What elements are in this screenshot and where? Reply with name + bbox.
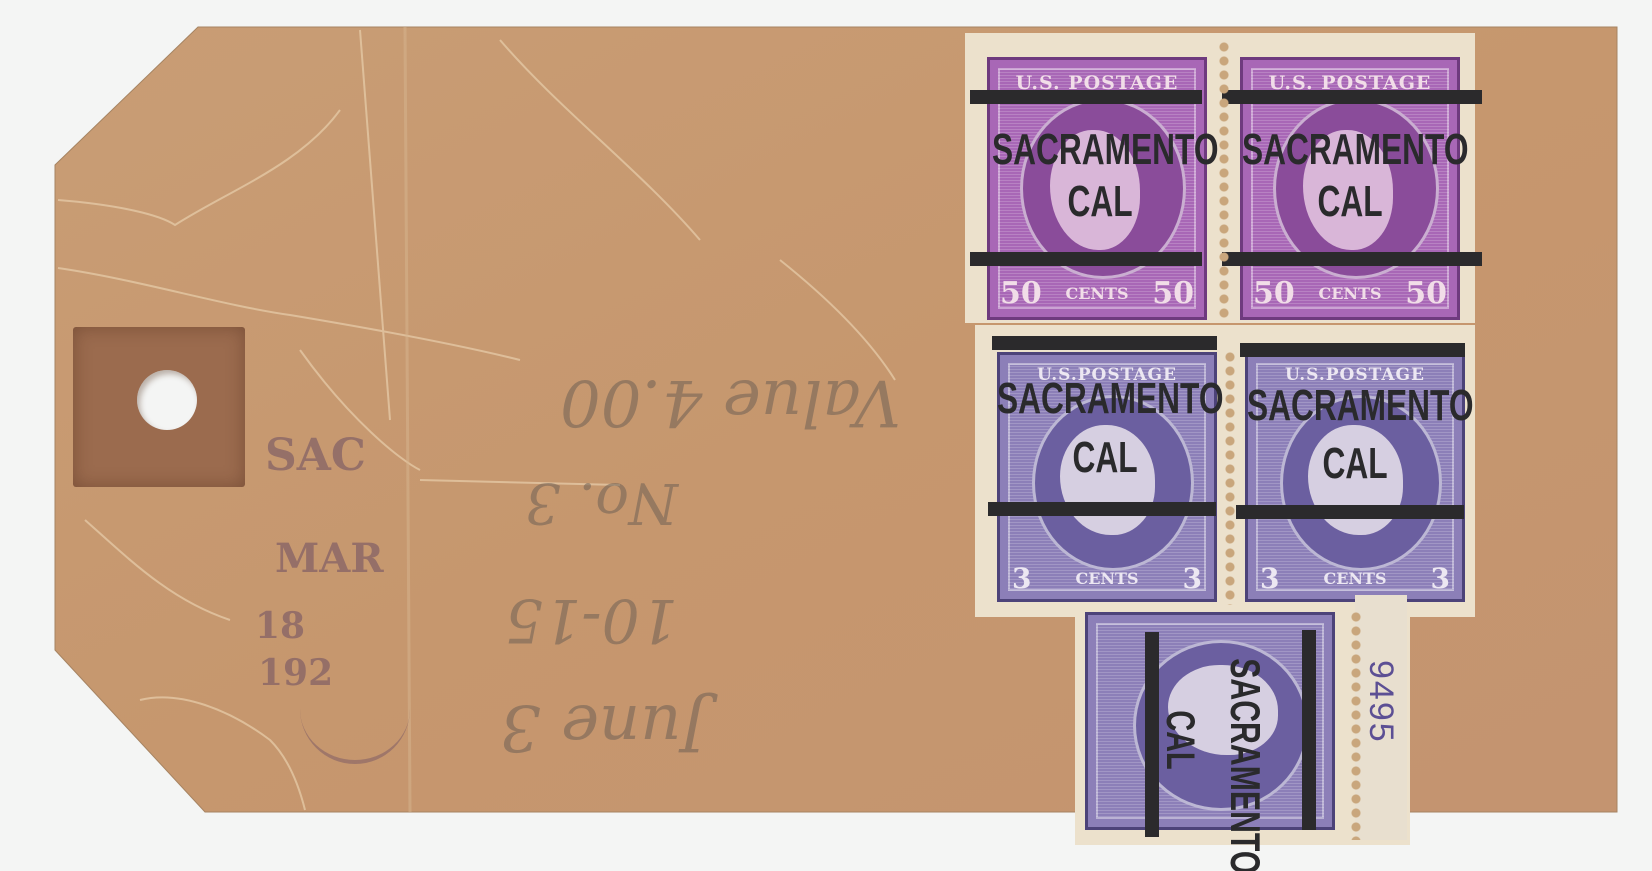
denomination-right: 3 [1431,562,1450,595]
precancel-bar-bottom [970,252,1202,266]
denomination-right: 3 [1183,562,1202,595]
precancel-state: CAL [992,180,1208,224]
precancel-state: CAL [997,436,1213,480]
postmark-year: 192 [258,652,333,694]
postmark-month: MAR [275,535,384,582]
denomination-left: 50 [1000,276,1042,311]
denomination-left: 3 [1260,562,1279,595]
precancel-city: SACRAMENTO [1247,384,1463,428]
precancel-bar-top [1240,343,1465,357]
precancel-state: CAL [1247,442,1463,486]
precancel-bar-top [970,90,1202,104]
postmark-day: 18 [255,605,305,647]
precancel-city: SACRAMENTO [1242,128,1458,172]
precancel-bar-left [1145,632,1159,837]
precancel-state: CAL [1160,697,1200,783]
precancel-bar-bottom [988,502,1216,516]
precancel-city: SACRAMENTO [1224,658,1266,824]
denomination-left: 50 [1253,276,1295,311]
handwritten-date: June 3 [500,690,707,764]
currency-label: CENTS [1075,569,1138,588]
precancel-bar-bottom [1222,252,1482,266]
precancel-bar-top [992,336,1217,350]
denomination-right: 50 [1152,276,1194,311]
precancel-city: SACRAMENTO [992,128,1208,172]
perforation-line [1224,350,1236,605]
precancel-bar-bottom [1236,505,1464,519]
currency-label: CENTS [1318,284,1381,303]
handwritten-value: Value 4.00 [560,365,901,439]
precancel-state: CAL [1242,180,1458,224]
handwritten-number: No. 3 [525,470,678,535]
denomination-left: 3 [1012,562,1031,595]
postmark-top: SAC [265,430,366,481]
handwritten-range: 10-15 [505,585,678,655]
string-hole [137,370,197,430]
plate-number: 9495 [1361,660,1400,744]
precancel-bar-top [1222,90,1482,104]
denomination-right: 50 [1405,276,1447,311]
currency-label: CENTS [1065,284,1128,303]
currency-label: CENTS [1323,569,1386,588]
perforation-line [1218,40,1230,320]
precancel-bar-right [1302,630,1316,830]
precancel-city: SACRAMENTO [997,377,1213,421]
